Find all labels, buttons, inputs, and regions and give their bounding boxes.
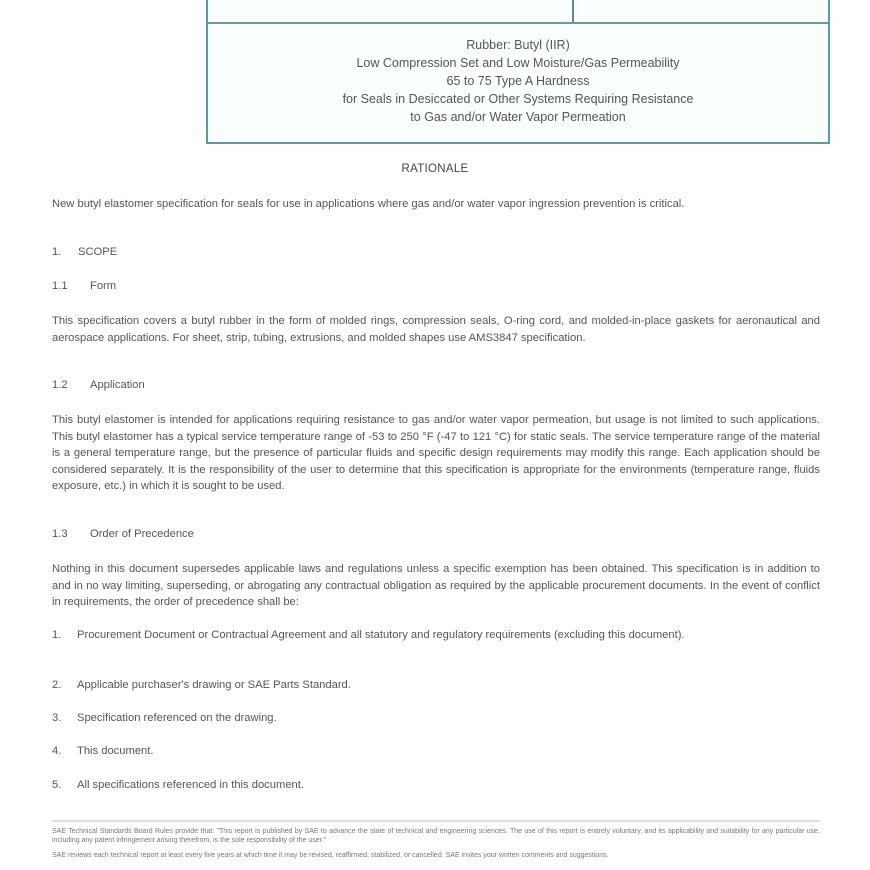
precedence-list-item: 2. Applicable purchaser's drawing or SAE… (52, 677, 820, 694)
precedence-list-item: 4. This document. (52, 743, 820, 760)
section-title: Application (90, 379, 145, 391)
title-line: to Gas and/or Water Vapor Permeation (208, 108, 828, 126)
list-number: 1. (52, 627, 76, 644)
form-text: This specification covers a butyl rubber… (52, 313, 820, 346)
section-scope-heading: 1.SCOPE (52, 246, 117, 258)
list-text: Specification referenced on the drawing. (77, 710, 820, 727)
rationale-text: New butyl elastomer specification for se… (52, 196, 820, 213)
section-title: Form (90, 280, 116, 292)
document-title: Rubber: Butyl (IIR) Low Compression Set … (208, 36, 828, 126)
title-line: Rubber: Butyl (IIR) (208, 36, 828, 54)
precedence-list-item: 1. Procurement Document or Contractual A… (52, 627, 820, 644)
section-title: SCOPE (78, 246, 117, 258)
title-box: Rubber: Butyl (IIR) Low Compression Set … (206, 0, 830, 144)
title-box-header-row (208, 0, 828, 24)
list-text: Applicable purchaser's drawing or SAE Pa… (77, 677, 820, 694)
precedence-list-item: 5. All specifications referenced in this… (52, 777, 820, 794)
list-text: All specifications referenced in this do… (77, 777, 820, 794)
precedence-text: Nothing in this document supersedes appl… (52, 561, 820, 611)
precedence-list-item: 3. Specification referenced on the drawi… (52, 710, 820, 727)
section-number: 1. (52, 246, 78, 258)
section-application-heading: 1.2Application (52, 379, 145, 391)
list-number: 5. (52, 777, 76, 794)
list-number: 4. (52, 743, 76, 760)
title-line: 65 to 75 Type A Hardness (208, 72, 828, 90)
document-page: Rubber: Butyl (IIR) Low Compression Set … (0, 0, 870, 870)
header-divider (572, 0, 574, 22)
section-form-heading: 1.1Form (52, 280, 116, 292)
rationale-heading: RATIONALE (0, 163, 870, 175)
title-line: Low Compression Set and Low Moisture/Gas… (208, 54, 828, 72)
section-title: Order of Precedence (90, 528, 194, 540)
list-number: 2. (52, 677, 76, 694)
list-number: 3. (52, 710, 76, 727)
footer-disclaimer: SAE Technical Standards Board Rules prov… (52, 827, 820, 845)
section-number: 1.2 (52, 379, 90, 391)
section-number: 1.1 (52, 280, 90, 292)
list-text: This document. (77, 743, 820, 760)
list-text: Procurement Document or Contractual Agre… (77, 627, 820, 644)
footer-review-notice: SAE reviews each technical report at lea… (52, 851, 820, 860)
footer-divider (52, 820, 820, 822)
title-line: for Seals in Desiccated or Other Systems… (208, 90, 828, 108)
section-number: 1.3 (52, 528, 90, 540)
section-precedence-heading: 1.3Order of Precedence (52, 528, 194, 540)
application-text: This butyl elastomer is intended for app… (52, 412, 820, 495)
